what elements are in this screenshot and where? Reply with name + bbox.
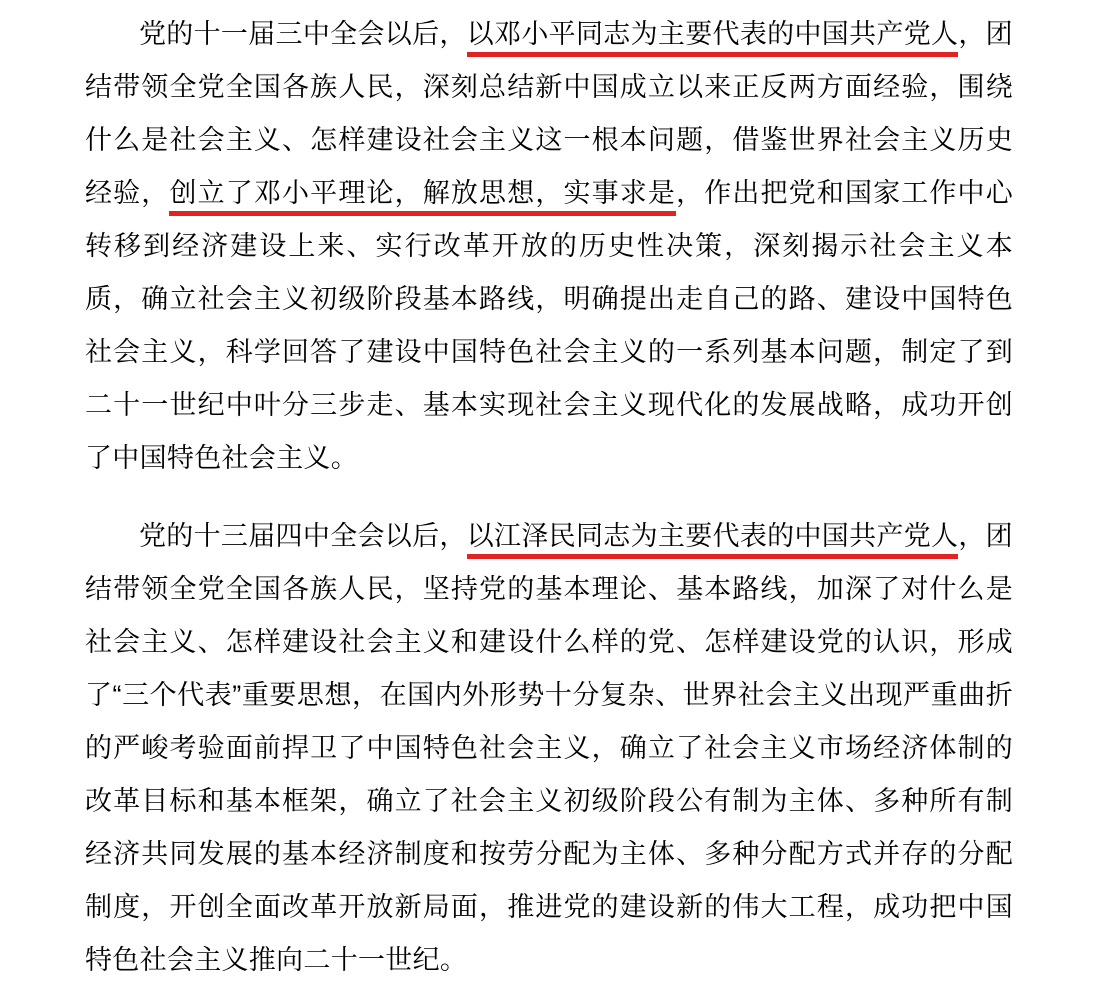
text-run: 党的十三届四中全会以后，: [139, 521, 467, 551]
underlined-phrase-jiang-leadership: 以江泽民同志为主要代表的中国共产党人: [467, 521, 959, 559]
text-run: 党的十一届三中全会以后，: [139, 19, 467, 49]
document-body: 党的十一届三中全会以后，以邓小平同志为主要代表的中国共产党人，团结带领全党全国各…: [0, 0, 1101, 987]
paragraph-jiang-era: 党的十三届四中全会以后，以江泽民同志为主要代表的中国共产党人，团结带领全党全国各…: [85, 510, 1013, 987]
text-run: ，团结带领全党全国各族人民，坚持党的基本理论、基本路线，加深了对什么是社会主义、…: [85, 521, 1013, 975]
underlined-phrase-deng-theory: 创立了邓小平理论，解放思想，实事求是: [169, 178, 676, 216]
paragraph-deng-era: 党的十一届三中全会以后，以邓小平同志为主要代表的中国共产党人，团结带领全党全国各…: [85, 8, 1013, 485]
underlined-phrase-deng-leadership: 以邓小平同志为主要代表的中国共产党人: [467, 19, 959, 57]
text-run: ，作出把党和国家工作中心转移到经济建设上来、实行改革开放的历史性决策，深刻揭示社…: [85, 178, 1013, 473]
